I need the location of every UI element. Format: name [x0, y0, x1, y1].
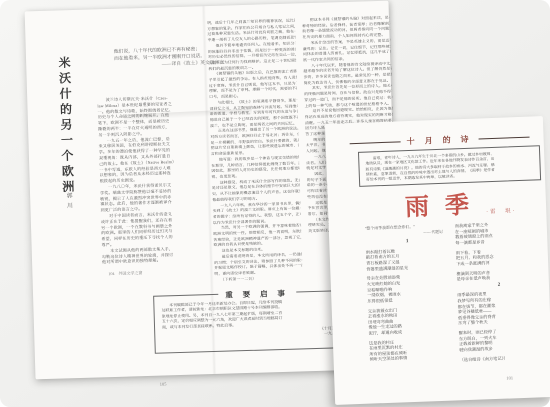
poem-stanzas-2a: 而我离家千里之外在一座喧闹的城市数着玻璃窗上的雨点每一滴都是乡音雨下着，下着把五… [455, 220, 541, 282]
essay-title-vertical: 米沃什的另一个欧洲 [56, 56, 77, 206]
poem-column-2: 而我离家千里之外在一座喧闹的城市数着玻璃窗上的雨点每一滴都是乡音雨下着，下着把五… [455, 220, 544, 362]
section-1-marker: 1 [365, 238, 449, 247]
poem-column-1: “整个雨季我都在想念你们。” ——代题记 1 雨水敲打着瓦檐敲打着南方的五月青石… [365, 224, 454, 363]
front-poem-sheet: 十 月 的 诗 雷垠，青年诗人，一九五九年生于川北一个多雨的山乡。做过乡村教师、… [325, 116, 550, 405]
essay-continuation-column-1: 明，战后十几年之间波兰知识界的精神状况，远比西方想象的复杂。作家们在公开场合与私… [207, 18, 303, 283]
header-rule-right [479, 137, 530, 140]
notice-body: 本刊编辑部已于今年一月迁至新址办公。自即日起，凡给本刊投稿及联系工作者，请按新址… [161, 298, 354, 331]
essay-author-vertical: 郭川 [64, 192, 74, 212]
front-page-number: 101 [506, 375, 513, 380]
poem-stanzas-1: 雨水敲打着瓦檐敲打着南方的五月青石板路湿了又湿背篓里盛满潮湿的星光母亲在灶膛前添… [366, 246, 454, 362]
header-rule-left [350, 141, 401, 144]
back-page-number: 105 [160, 381, 167, 386]
left-page-footer: 104 外国文学之窗 [108, 270, 142, 277]
poem-epigraph: “整个雨季我都在想念你们。” ——代题记 [365, 224, 449, 238]
notice-title: 重 要 启 事 [218, 288, 296, 301]
column-header-label: 十 月 的 诗 [406, 134, 472, 147]
poem-title: 雨季 [327, 182, 546, 225]
photo-of-magazine-pages: 他们说，八十年代的欧洲已不再有秘密；而在他看来，另一半欧洲才刚刚开口说话。 ——… [0, 0, 550, 407]
essay-body-column: 波兰诗人切斯瓦夫·米沃什（Czes-law Milosz）是本世纪最重要的见证者… [97, 94, 210, 265]
section-2-marker: 2 [457, 281, 541, 290]
poet-intro-box: 雷垠，青年诗人，一九五九年生于川北一个多雨的山乡。做过乡村教师、地质队员，现在一… [358, 145, 541, 187]
poem-stanzas-2b: 雨季最深的夜里我梦见所有的庄稼都在拔节，都在灌浆梦见谷穗低垂——低垂得像父亲的脊… [457, 290, 544, 363]
poem-author: ·雷 垠· [486, 206, 516, 215]
